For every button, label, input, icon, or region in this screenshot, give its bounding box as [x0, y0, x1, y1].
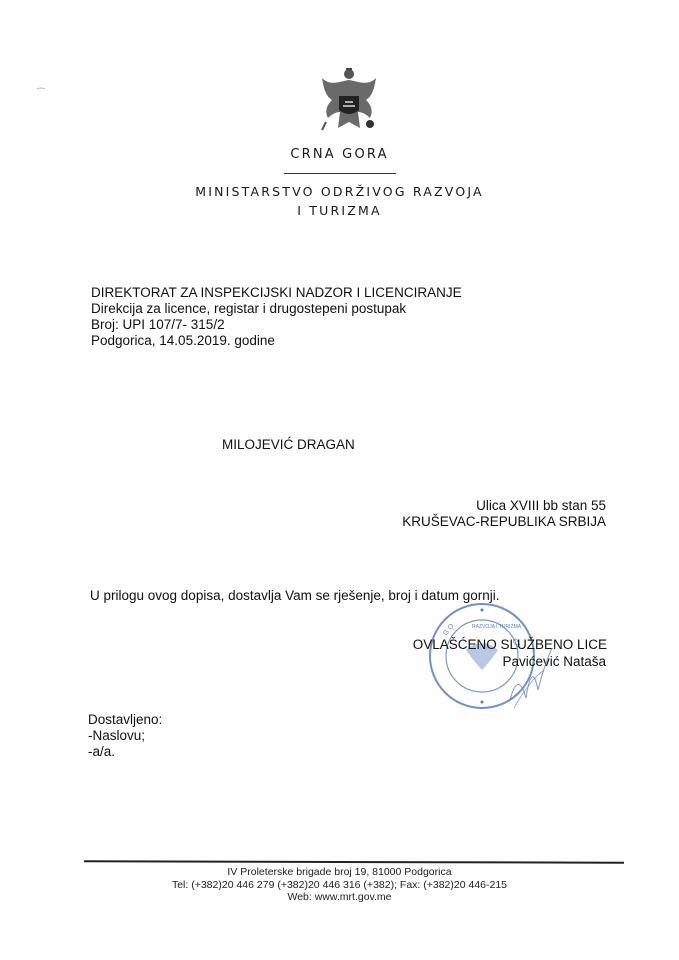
country-name: CRNA GORA	[0, 147, 679, 162]
ministry-line-1: MINISTARSTVO ODRŽIVOG RAZVOJA	[0, 182, 679, 201]
department-name: Direkcija za licence, registar i drugost…	[91, 301, 462, 317]
document-header: DIREKTORAT ZA INSPEKCIJSKI NADZOR I LICE…	[91, 285, 462, 349]
delivery-item: -Naslovu;	[88, 728, 162, 744]
ministry-name: MINISTARSTVO ODRŽIVOG RAZVOJA I TURIZMA	[0, 182, 679, 220]
document-page: CRNA GORA MINISTARSTVO ODRŽIVOG RAZVOJA …	[0, 0, 679, 960]
handwritten-signature-icon	[500, 640, 560, 710]
address-line-1: Ulica XVIII bb stan 55	[402, 498, 606, 514]
recipient-name: MILOJEVIĆ DRAGAN	[222, 437, 355, 452]
montenegro-coat-of-arms-icon	[318, 66, 380, 138]
delivery-item: -a/a.	[88, 744, 162, 760]
place-and-date: Podgorica, 14.05.2019. godine	[91, 333, 462, 349]
reference-number: Broj: UPI 107/7- 315/2	[91, 317, 462, 333]
scan-artifact-icon	[36, 86, 46, 92]
footer-address: IV Proleterske brigade broj 19, 81000 Po…	[0, 866, 679, 879]
directorate-name: DIREKTORAT ZA INSPEKCIJSKI NADZOR I LICE…	[91, 285, 462, 301]
ministry-line-2: I TURIZMA	[0, 201, 679, 220]
address-line-2: KRUŠEVAC-REPUBLIKA SRBIJA	[402, 514, 606, 530]
svg-text:RAZVOJA I TURIZMA: RAZVOJA I TURIZMA	[472, 624, 522, 630]
footer-divider	[84, 860, 624, 863]
footer-web: Web: www.mrt.gov.me	[0, 891, 679, 904]
svg-text:G O: G O	[442, 623, 456, 638]
letterhead-divider	[284, 173, 396, 174]
recipient-address: Ulica XVIII bb stan 55 KRUŠEVAC-REPUBLIK…	[402, 498, 606, 530]
delivery-label: Dostavljeno:	[88, 712, 162, 728]
footer-phones: Tel: (+382)20 446 279 (+382)20 446 316 (…	[0, 879, 679, 892]
document-footer: IV Proleterske brigade broj 19, 81000 Po…	[0, 866, 679, 904]
delivery-list: Dostavljeno: -Naslovu; -a/a.	[88, 712, 162, 760]
